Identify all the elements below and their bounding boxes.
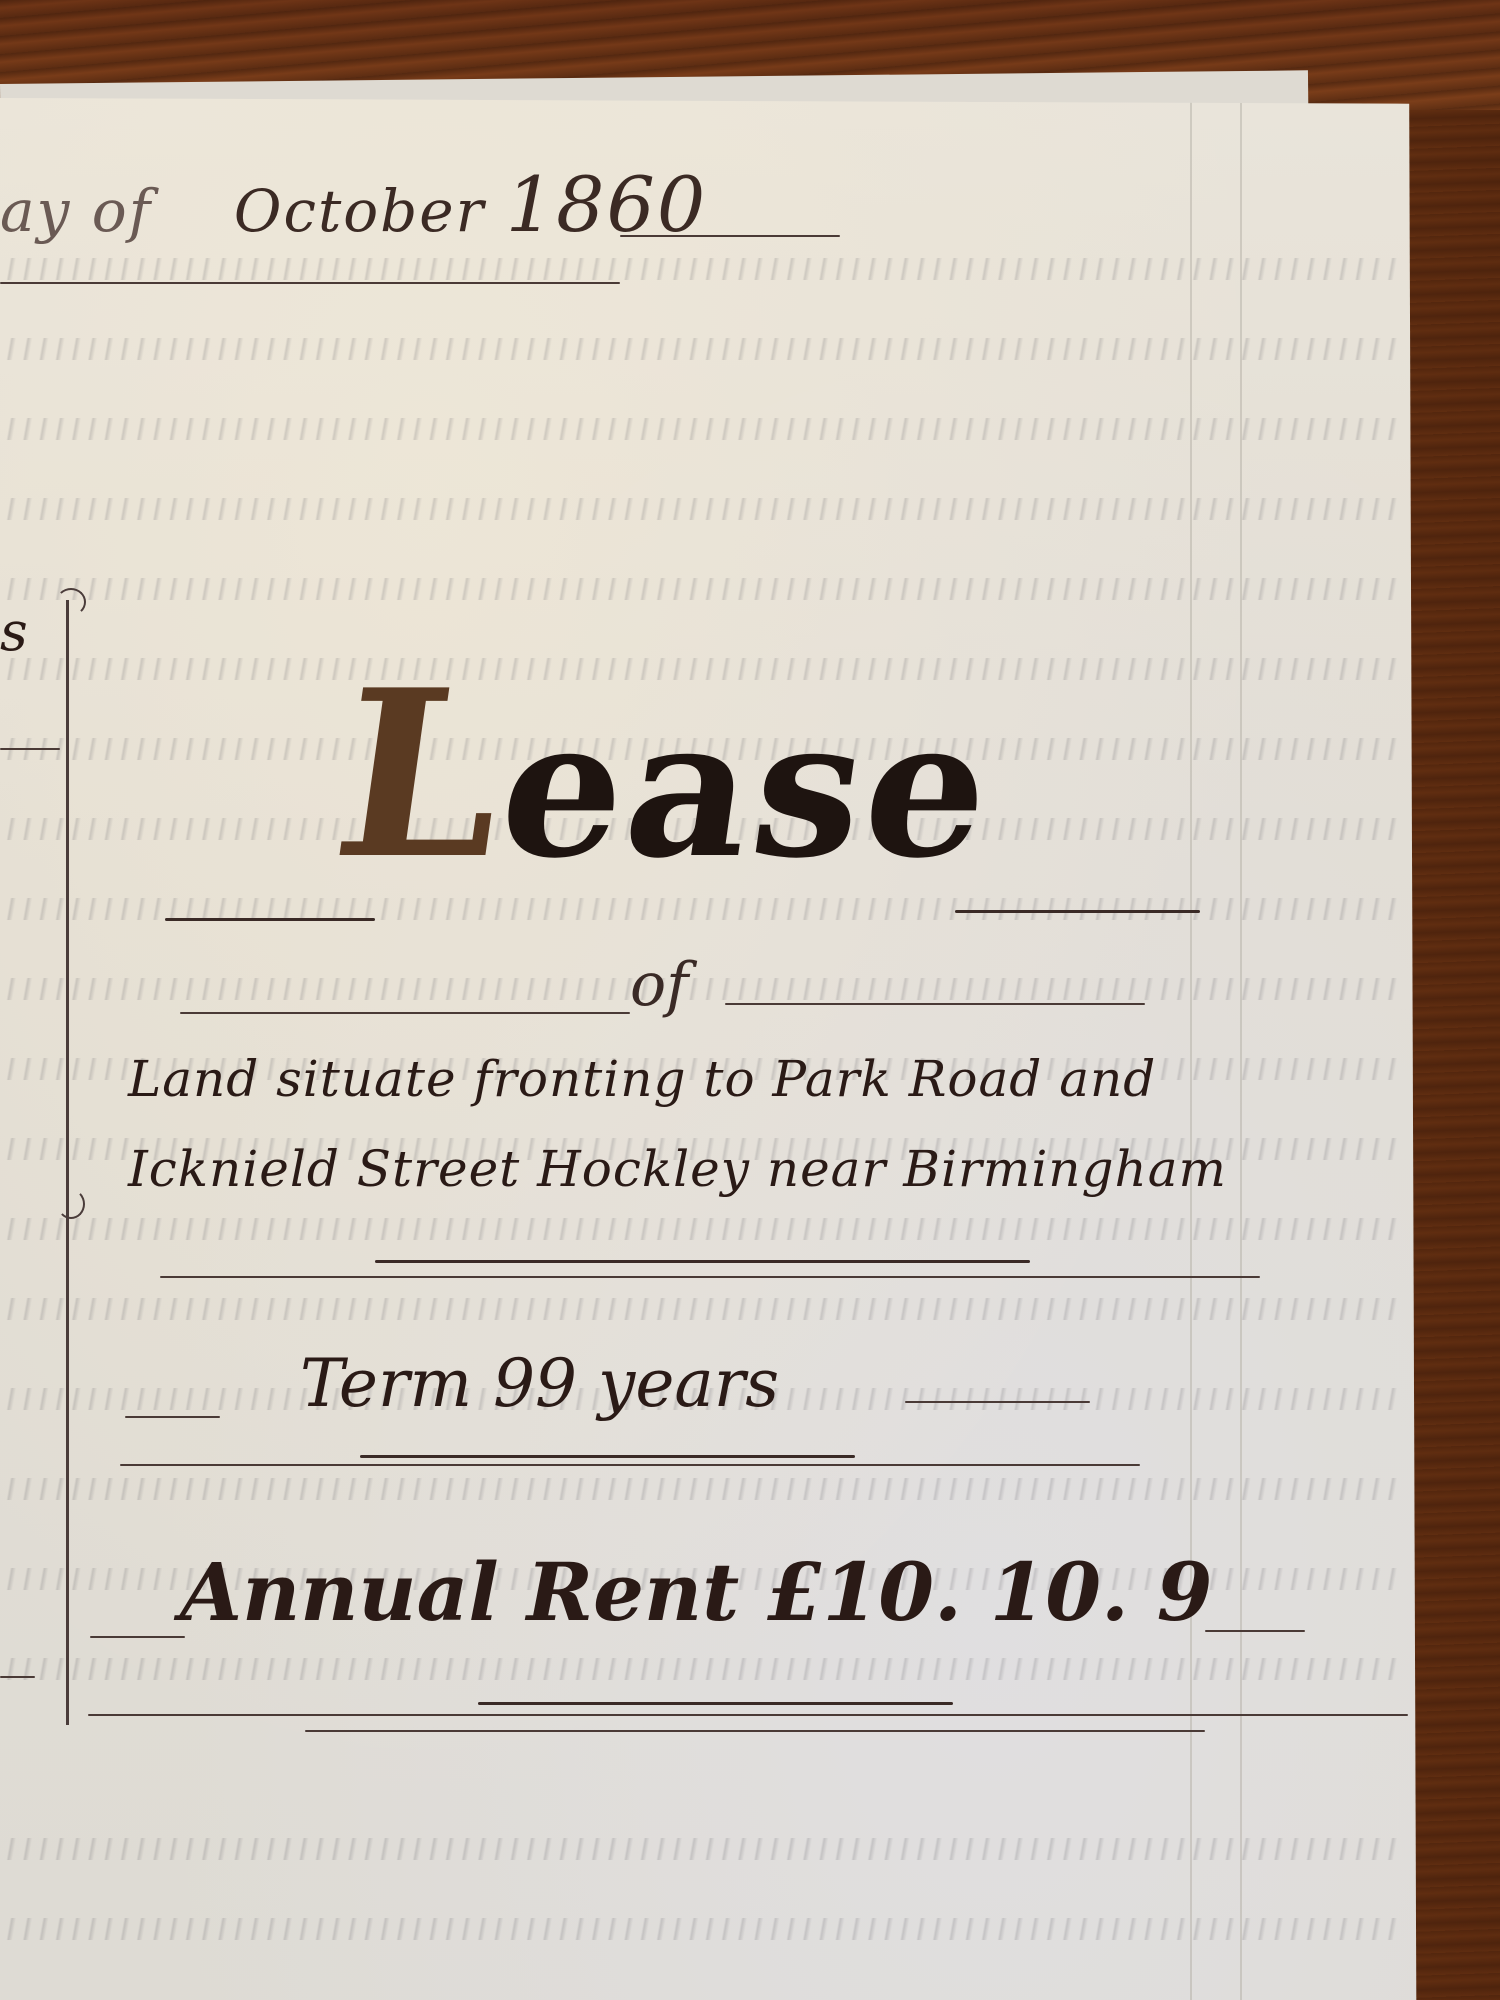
term-rule-thick	[360, 1455, 855, 1458]
rent-label: Annual Rent	[180, 1545, 739, 1639]
date-month: October	[234, 177, 485, 245]
margin-rule	[0, 1676, 35, 1678]
date-line: ay of October 1860	[0, 160, 707, 249]
title-rest: ease	[488, 677, 1007, 900]
term-rule	[120, 1464, 1140, 1466]
term-rule-right	[905, 1401, 1090, 1403]
date-underline	[0, 282, 620, 284]
document-title: Lease	[321, 640, 1013, 910]
property-description-line-1: Land situate fronting to Park Road and	[128, 1050, 1156, 1108]
date-prefix: ay of	[0, 177, 152, 245]
rent-rule-left	[90, 1636, 185, 1638]
margin-curl-middle	[57, 1189, 85, 1219]
term-rule-left	[125, 1416, 220, 1418]
lease-term: Term 99 years	[300, 1345, 779, 1422]
title-rule-right	[955, 910, 1200, 913]
rent-rule-right	[1205, 1630, 1305, 1632]
date-rule	[620, 235, 840, 237]
margin-rule	[0, 748, 60, 750]
title-rule-left	[165, 918, 375, 921]
closing-rule-short	[305, 1730, 1205, 1732]
of-rule-left	[180, 1012, 630, 1014]
description-rule-thick	[375, 1260, 1030, 1263]
margin-brace	[66, 600, 69, 1725]
rent-amount: £10. 10. 9	[767, 1545, 1212, 1639]
margin-curl-top	[56, 588, 86, 616]
rent-rule-thick	[478, 1702, 953, 1705]
property-description-line-2: Icknield Street Hockley near Birmingham	[128, 1140, 1227, 1198]
connector-of: of	[630, 950, 688, 1020]
annual-rent: Annual Rent £10. 10. 9	[180, 1545, 1212, 1639]
left-edge-fragment: s	[0, 600, 28, 663]
of-rule-right	[725, 1003, 1145, 1005]
description-rule	[160, 1276, 1260, 1278]
closing-rule	[88, 1714, 1408, 1716]
